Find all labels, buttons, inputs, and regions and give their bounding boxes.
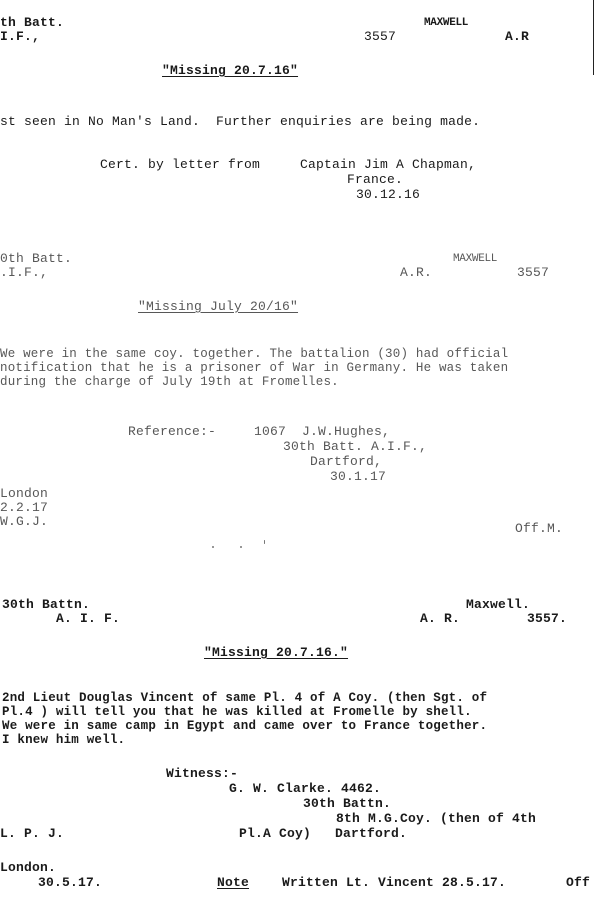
cert-name: Captain Jim A Chapman, xyxy=(300,158,476,172)
initials: A. R. xyxy=(420,612,460,626)
cert-date: 30.12.16 xyxy=(356,188,420,202)
unit-line-2: .I.F., xyxy=(0,266,48,280)
card-body-line: We were in the same coy. together. The b… xyxy=(0,347,508,361)
initials-left: L. P. J. xyxy=(0,827,64,841)
footer-place: London. xyxy=(0,861,56,875)
unit-line-1: 30th Battn. xyxy=(2,598,90,612)
reference-label: Reference:- xyxy=(128,425,216,439)
service-number: 3557. xyxy=(527,612,567,626)
unit-line-2: A. I. F. xyxy=(56,612,120,626)
cert-place: France. xyxy=(347,173,403,187)
witness-label: Witness:- xyxy=(166,767,238,781)
footer-date: 30.5.17. xyxy=(38,876,102,890)
footer-place: London xyxy=(0,487,48,501)
witness-line: Pl.A Coy) Dartford. xyxy=(239,827,407,841)
witness-line: G. W. Clarke. 4462. xyxy=(229,782,381,796)
surname: Maxwell. xyxy=(466,598,530,612)
card-body-line: I knew him well. xyxy=(2,733,125,747)
unit-line-2: I.F., xyxy=(0,30,40,44)
footer-office: Off.M. xyxy=(515,522,563,536)
card-body-line: We were in same camp in Egypt and came o… xyxy=(2,719,487,733)
card-edge-line xyxy=(593,0,594,75)
note-text: Written Lt. Vincent 28.5.17. xyxy=(282,876,506,890)
footer-office: Off xyxy=(566,876,590,890)
reference-line: 1067 J.W.Hughes, xyxy=(254,425,390,439)
ink-speck xyxy=(264,540,265,544)
surname: MAXWELL xyxy=(424,16,468,30)
missing-heading: "Missing 20.7.16." xyxy=(204,646,348,660)
missing-heading: "Missing July 20/16" xyxy=(138,300,298,314)
reference-line: 30th Batt. A.I.F., xyxy=(283,440,427,454)
initials: A.R. xyxy=(400,266,432,280)
ink-speck xyxy=(240,546,242,548)
reference-line: 30.1.17 xyxy=(330,470,386,484)
witness-line: 30th Battn. xyxy=(303,797,391,811)
missing-heading: "Missing 20.7.16" xyxy=(162,64,298,78)
note-label: Note xyxy=(217,876,249,890)
initials: A.R xyxy=(505,30,529,44)
card-body-line: Pl.4 ) will tell you that he was killed … xyxy=(2,705,472,719)
footer-date: 2.2.17 xyxy=(0,501,48,515)
service-number: 3557 xyxy=(364,30,396,44)
cert-label: Cert. by letter from xyxy=(100,158,260,172)
service-number: 3557 xyxy=(517,266,549,280)
reference-line: Dartford, xyxy=(310,455,382,469)
footer-initials: W.G.J. xyxy=(0,515,48,529)
surname: MAXWELL xyxy=(453,252,497,266)
card-body-line: notification that he is a prisoner of Wa… xyxy=(0,361,508,375)
card-body-line: 2nd Lieut Douglas Vincent of same Pl. 4 … xyxy=(2,691,487,705)
unit-line-1: 0th Batt. xyxy=(0,252,72,266)
ink-speck xyxy=(212,546,214,548)
witness-line: 8th M.G.Coy. (then of 4th xyxy=(336,812,536,826)
card-body-line: during the charge of July 19th at Fromel… xyxy=(0,375,339,389)
unit-line-1: th Batt. xyxy=(0,16,64,30)
card-body: st seen in No Man's Land. Further enquir… xyxy=(0,115,480,129)
